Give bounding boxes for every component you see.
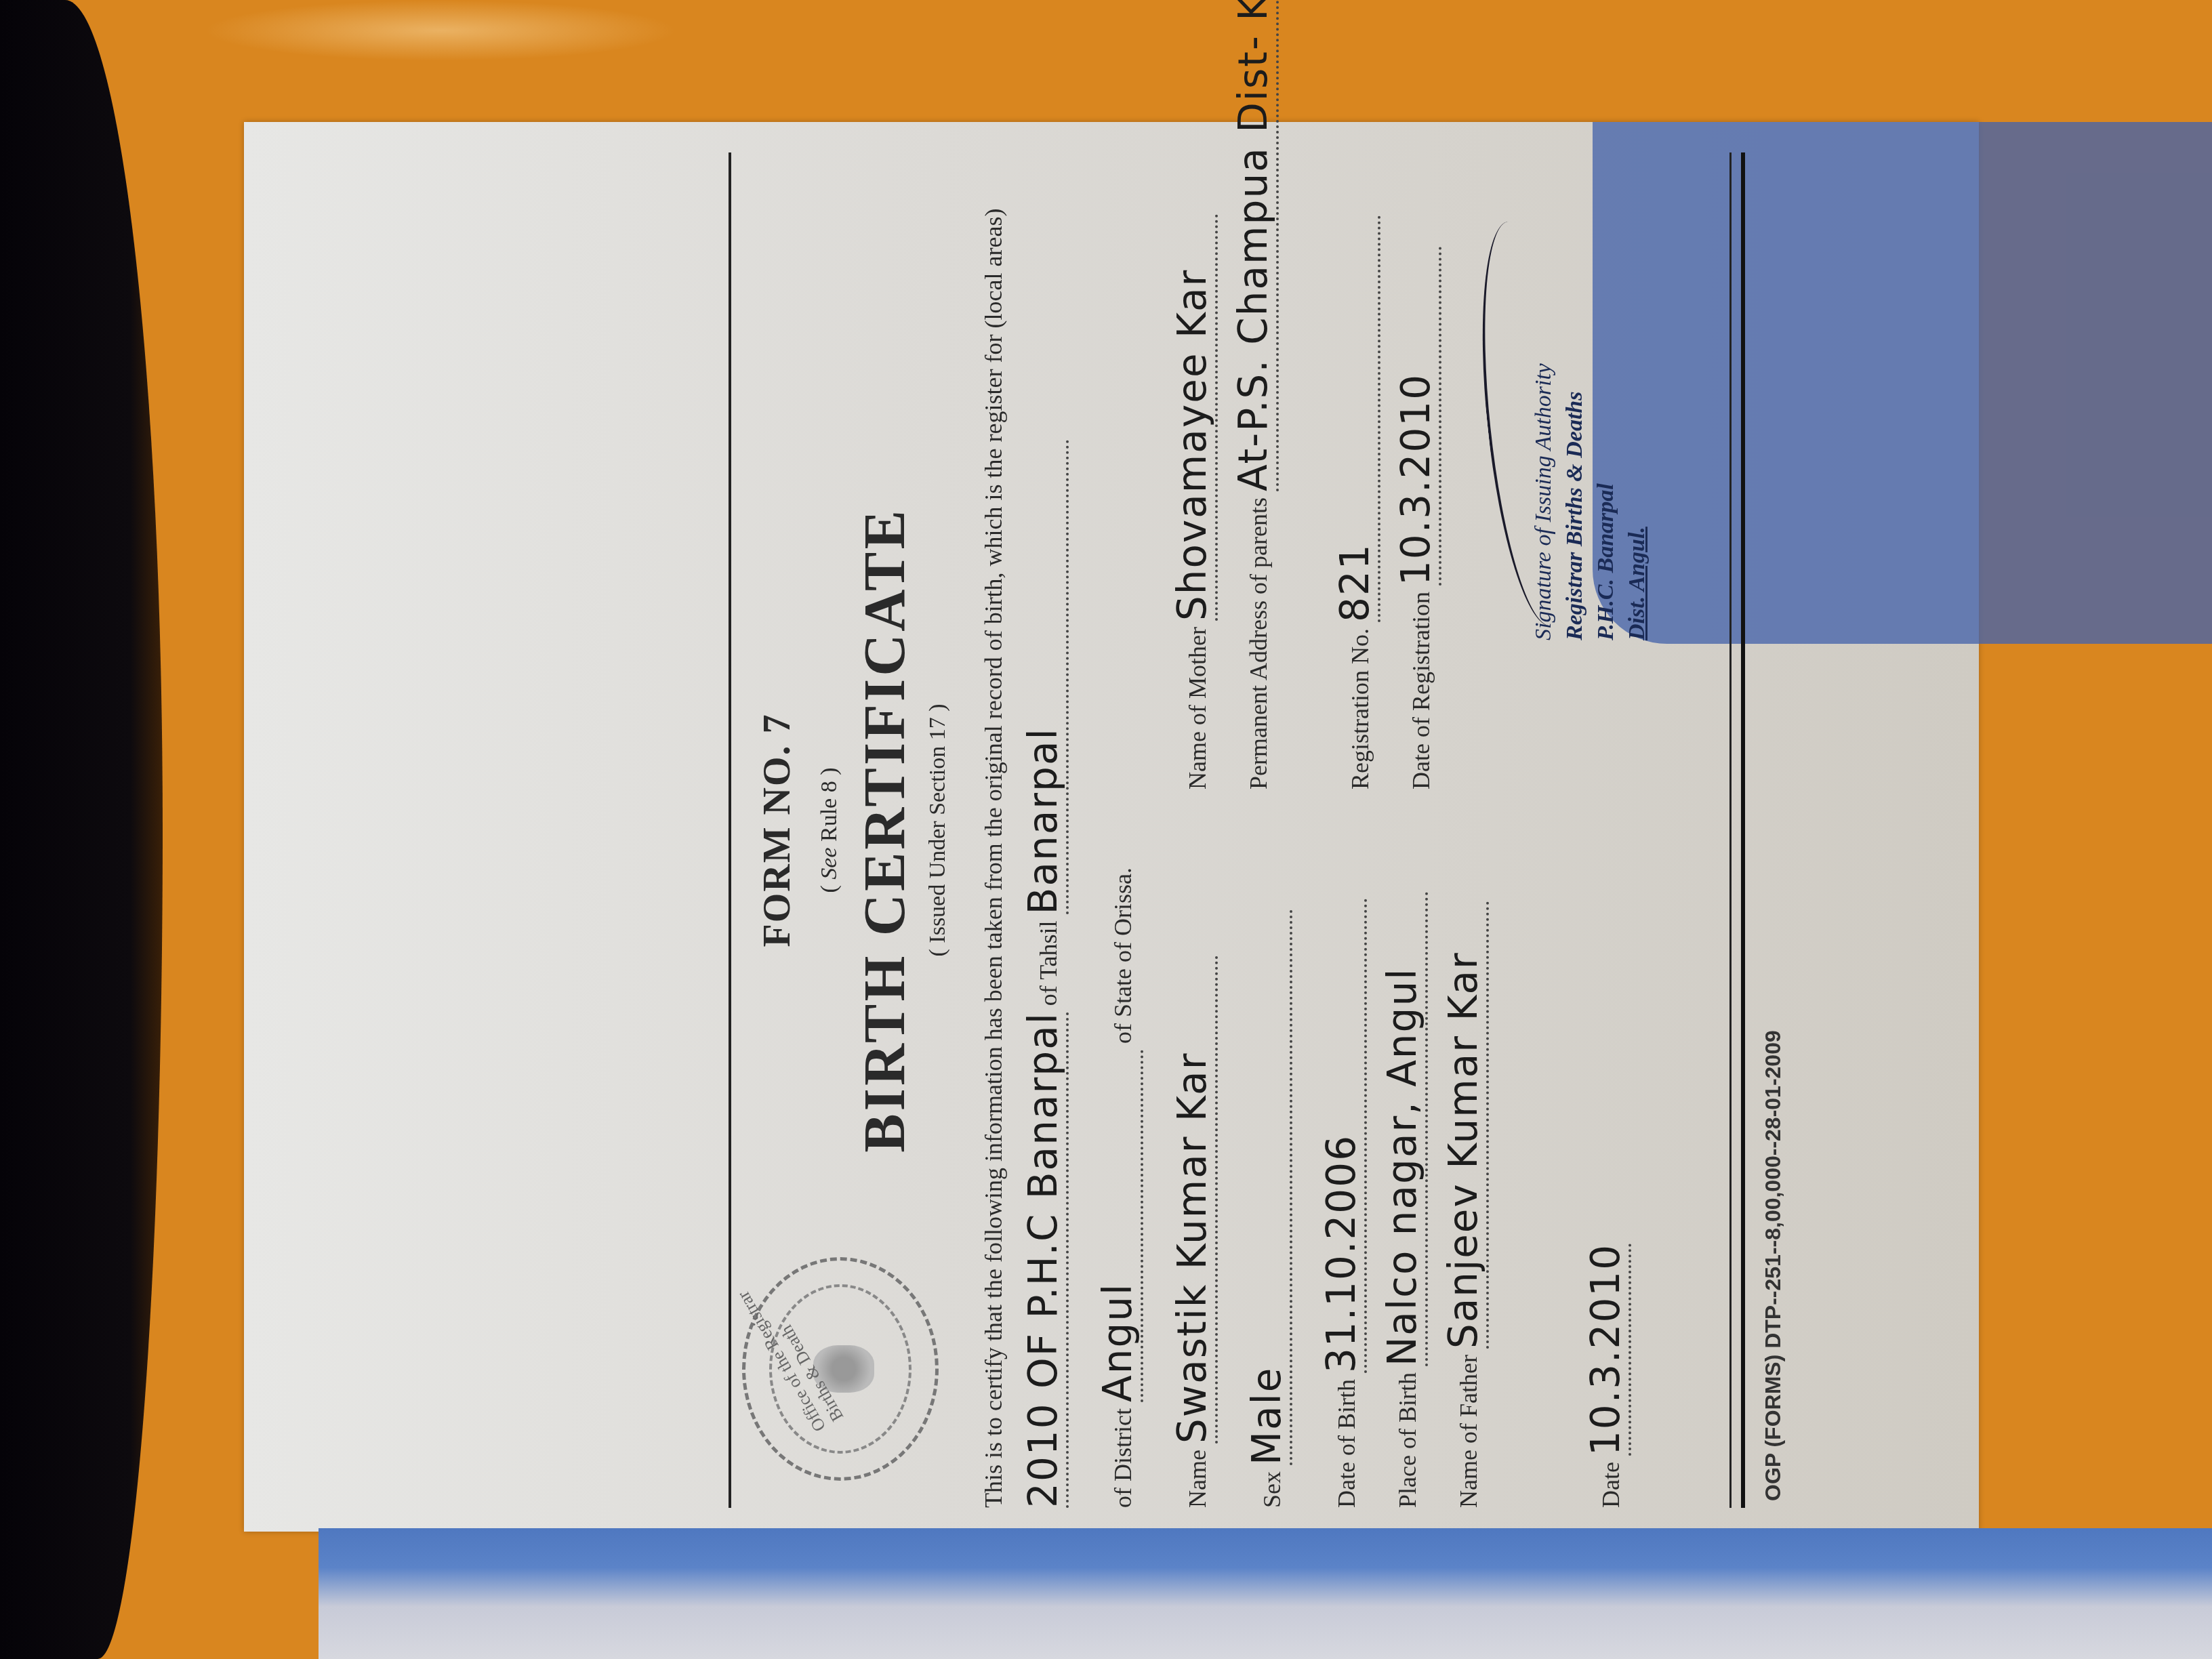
state-label: of State of Orissa. (1109, 867, 1136, 1044)
birth-certificate: FORM NO. 7 ( See Rule 8 ) BIRTH CERTIFIC… (729, 152, 1745, 1508)
field-local-area-tahsil: 2010 OF P.H.C Banarpal of Tahsil Banarpa… (1020, 440, 1069, 1508)
field-district: of District Angul of State of Orissa. (1094, 867, 1143, 1508)
date-value: 10.3.2010 (1582, 1244, 1631, 1456)
name-value: Swastik Kumar Kar (1169, 956, 1218, 1443)
father-value: Sanjeev Kumar Kar (1440, 901, 1489, 1349)
certify-statement: This is to certify that the following in… (979, 209, 1008, 1508)
printer-imprint: OGP (FORMS) DTP--251--8,00,000--28-01-20… (1761, 1030, 1786, 1501)
signature-line-3: P.H.C. Banarpal (1593, 483, 1618, 640)
dark-edge-background (0, 0, 163, 1659)
frame-border-bottom (1729, 152, 1745, 1508)
signature-block: Signature of Issuing Authority Registrar… (1528, 363, 1653, 640)
tahsil-label: of Tahsil (1035, 920, 1062, 1006)
stamp-text: Office of the Registrar Births & Death (724, 1262, 848, 1435)
district-value: Angul (1094, 1050, 1143, 1402)
local-area-value: 2010 OF P.H.C Banarpal (1020, 1012, 1069, 1508)
official-seal-stamp: Office of the Registrar Births & Death (742, 1257, 939, 1481)
field-name: Name Swastik Kumar Kar (1169, 956, 1218, 1508)
tahsil-value: Banarpal (1020, 440, 1069, 914)
place-of-birth-value: Nalco nagar, Angul (1379, 892, 1428, 1366)
issued-under: ( Issued Under Section 17 ) (925, 152, 951, 1508)
field-registration-no: Registration No. 821 (1332, 216, 1380, 790)
field-mother: Name of Mother Shovamayee Kar (1169, 214, 1218, 790)
signature-line-4: Dist. Angul. (1624, 527, 1650, 640)
field-date: Date 10.3.2010 (1582, 1244, 1631, 1508)
district-label: of District (1109, 1408, 1136, 1508)
mother-value: Shovamayee Kar (1169, 214, 1218, 621)
signature-line-1: Signature of Issuing Authority (1528, 363, 1559, 640)
field-sex: Sex Male (1244, 909, 1292, 1508)
registration-no-value: 821 (1332, 216, 1380, 622)
blue-folder (319, 1528, 2212, 1659)
emblem-icon (813, 1345, 874, 1393)
field-father: Name of Father Sanjeev Kumar Kar (1440, 901, 1489, 1508)
address-value: At-P.S. Champua Dist- Keonjhar. (1230, 0, 1279, 491)
sex-value: Male (1244, 909, 1292, 1465)
field-date-of-registration: Date of Registration 10.3.2010 (1393, 247, 1441, 790)
field-permanent-address: Permanent Address of parents At-P.S. Cha… (1230, 0, 1279, 790)
field-date-of-birth: Date of Birth 31.10.2006 (1318, 899, 1367, 1508)
surface-glare (203, 0, 678, 61)
date-of-registration-value: 10.3.2010 (1393, 247, 1441, 586)
frame-border-top (729, 152, 737, 1508)
signature-line-2: Registrar Births & Deaths (1562, 392, 1587, 640)
field-place-of-birth: Place of Birth Nalco nagar, Angul (1379, 892, 1428, 1508)
dob-value: 31.10.2006 (1318, 899, 1367, 1373)
